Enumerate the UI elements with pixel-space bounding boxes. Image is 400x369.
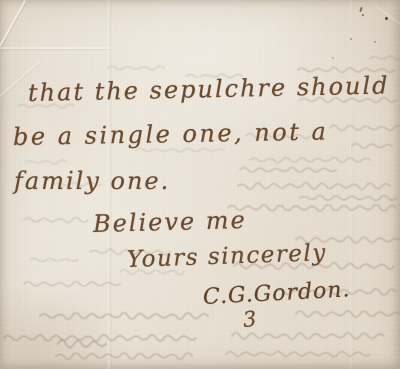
bleedthrough-stroke: [24, 282, 120, 287]
bleedthrough-stroke: [26, 160, 66, 164]
ink-bleedthrough-layer: [0, 0, 400, 369]
horizontal-crease: [0, 47, 110, 49]
bleedthrough-stroke: [298, 67, 394, 72]
bleedthrough-stroke: [136, 148, 224, 152]
bleedthrough-stroke: [352, 144, 392, 148]
bleedthrough-stroke: [186, 74, 242, 78]
foxing-speck: [362, 14, 364, 16]
bleedthrough-stroke: [300, 97, 396, 102]
bleedthrough-stroke: [54, 182, 102, 186]
vertical-fold-crease: [350, 0, 353, 369]
signature: C.G.Gordon.: [202, 277, 351, 310]
letter-page-photo: that the sepulchre should be a single on…: [0, 0, 400, 369]
bleedthrough-stroke: [250, 157, 370, 162]
page-number-mark: 3: [242, 307, 258, 332]
bleedthrough-stroke: [276, 289, 396, 295]
bleedthrough-stroke: [4, 335, 196, 341]
ink-speck: [359, 7, 363, 12]
bleedthrough-stroke: [108, 66, 164, 70]
diagonal-corner-crease: [0, 0, 26, 46]
bleedthrough-stroke: [246, 133, 310, 138]
bleedthrough-stroke: [56, 353, 192, 359]
vertical-fold-crease: [108, 0, 111, 369]
diagonal-corner-crease: [0, 60, 41, 96]
bleedthrough-stroke: [30, 258, 78, 261]
bleedthrough-stroke: [40, 313, 208, 319]
foxing-speck: [385, 17, 388, 20]
bleedthrough-stroke: [240, 167, 336, 172]
bleedthrough-stroke: [228, 205, 396, 211]
corner-crease: [375, 6, 400, 27]
valediction-line: Yours sincerely: [127, 240, 328, 273]
paper-grain-texture: [0, 0, 400, 369]
bleedthrough-stroke: [120, 269, 184, 274]
foxing-speck: [332, 57, 334, 59]
bleedthrough-stroke: [232, 333, 384, 339]
bleedthrough-stroke: [330, 125, 400, 130]
bleedthrough-stroke: [300, 195, 396, 200]
bleedthrough-stroke: [58, 340, 106, 348]
body-line-1: that the sepulchre should: [28, 71, 390, 107]
closing-line: Believe me: [93, 206, 247, 238]
bleedthrough-stroke: [370, 56, 400, 60]
foxing-speck: [374, 41, 376, 43]
foxing-speck: [350, 38, 352, 40]
bleedthrough-stroke: [90, 249, 170, 254]
bleedthrough-stroke: [296, 311, 400, 317]
bleedthrough-stroke: [18, 104, 74, 108]
body-line-2: be a single one, not a: [13, 117, 329, 150]
body-line-3: family one.: [14, 167, 170, 195]
bleedthrough-stroke: [24, 218, 88, 223]
bleedthrough-stroke: [234, 263, 394, 269]
bleedthrough-stroke: [238, 183, 390, 189]
bleedthrough-stroke: [296, 237, 400, 243]
bleedthrough-stroke: [226, 351, 370, 356]
